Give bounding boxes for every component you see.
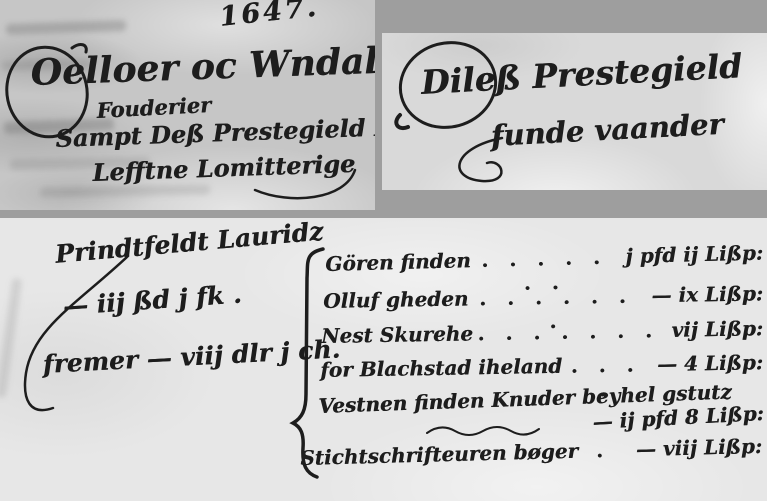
entry-value: — viij Lißp:	[636, 434, 763, 461]
entry-value: — ix Lißp:	[651, 281, 763, 307]
ledger-page-fragment: Prindtfeldt Lauridz — iij ßd j fk . frem…	[0, 218, 767, 501]
left-note-line-1: Prindtfeldt Lauridz	[54, 218, 324, 269]
entry-value: vij Lißp:	[671, 316, 763, 342]
left-note-line-2: — iij ßd j fk .	[62, 280, 242, 321]
entry-value: j pfd ij Lißp:	[625, 241, 763, 269]
left-note-line-3: fremer — viij dlr j ch.	[42, 334, 341, 379]
entry-label: Olluf gheden	[323, 286, 469, 313]
heading-line-1: Oelloer oc Wndals	[30, 39, 375, 94]
entry-label: Gören finden	[325, 248, 471, 276]
swash-flourish	[8, 248, 138, 428]
parish-line-1: Dileß Prestegield	[420, 46, 743, 102]
bleedthrough-mark	[0, 278, 22, 398]
entry-leader-dots: . . . . . . .	[473, 318, 664, 345]
bleedthrough-mark	[40, 185, 210, 198]
entry-leader-dots: .	[578, 437, 629, 462]
manuscript-scan: 1647. Oelloer oc Wndals Fouderier Sampt …	[0, 0, 767, 501]
year-label: 1647.	[218, 0, 320, 33]
heading-line-4: Lefftne Lomitterige	[92, 149, 356, 187]
entry-label: Nest Skurehe	[321, 321, 473, 348]
top-right-page-fragment: Dileß Prestegield funde vaander	[382, 33, 767, 190]
wavy-dash	[425, 424, 550, 438]
parish-line-2: funde vaander	[490, 107, 724, 153]
ledger-row: Stichtschrifteuren bøger . — viij Lißp:	[300, 434, 762, 470]
bleedthrough-mark	[6, 20, 126, 35]
top-left-page-fragment: 1647. Oelloer oc Wndals Fouderier Sampt …	[0, 0, 375, 210]
entry-label: Stichtschrifteuren bøger	[300, 439, 578, 470]
entry-label: for Blachstad iheland	[320, 354, 562, 382]
entry-value: — 4 Lißp:	[657, 350, 763, 376]
